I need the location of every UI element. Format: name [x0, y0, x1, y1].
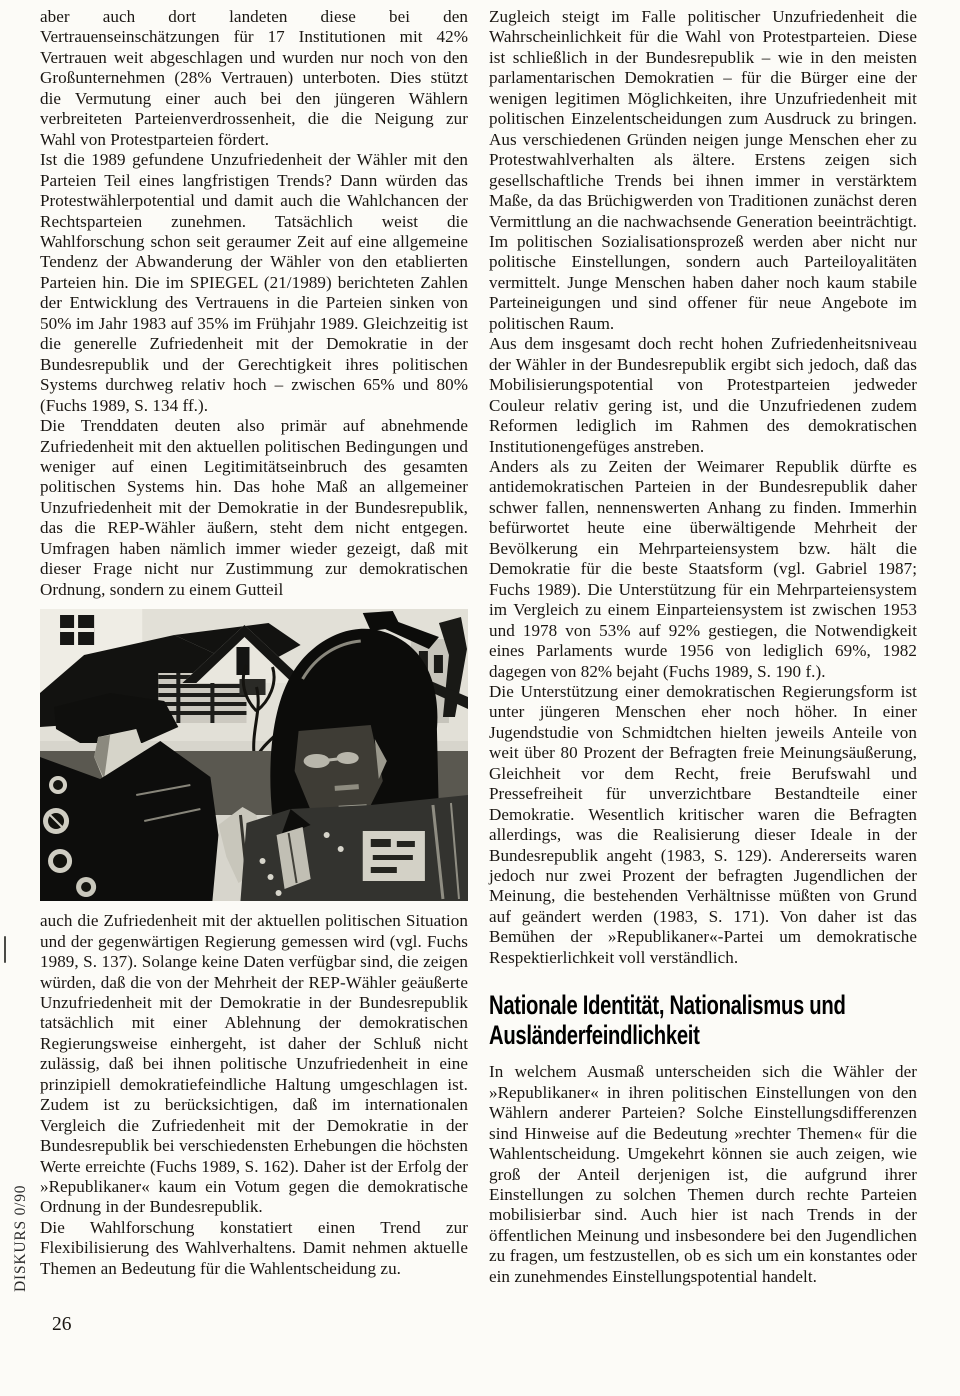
body-paragraph: Aus dem insgesamt doch recht hohen Zufri… [489, 334, 917, 457]
scanned-page: DISKURS 0/90 26 aber auch dort landeten … [0, 0, 960, 1396]
body-paragraph: Die Unterstützung einer demokratischen R… [489, 682, 917, 968]
left-column: aber auch dort landeten diese bei den Ve… [40, 7, 468, 1279]
body-paragraph: Die Wahlforschung konstatiert einen Tren… [40, 1218, 468, 1279]
right-column: Zugleich steigt im Falle politischer Unz… [489, 7, 917, 1287]
article-photo [40, 609, 468, 901]
body-paragraph: Zugleich steigt im Falle politischer Unz… [489, 7, 917, 334]
scan-artifact-line [4, 936, 6, 963]
section-heading: Nationale Identität, Nationalismus und A… [489, 990, 918, 1050]
body-paragraph: Anders als zu Zeiten der Weimarer Republ… [489, 457, 917, 682]
photo-illustration [40, 609, 468, 901]
body-paragraph: auch die Zufriedenheit mit der aktuellen… [40, 911, 468, 1218]
body-paragraph: In welchem Ausmaß unterscheiden sich die… [489, 1062, 917, 1287]
body-paragraph: Die Trenddaten deuten also primär auf ab… [40, 416, 468, 600]
page-number: 26 [52, 1314, 72, 1336]
body-paragraph: Ist die 1989 gefundene Unzufriedenheit d… [40, 150, 468, 416]
body-paragraph: aber auch dort landeten diese bei den Ve… [40, 7, 468, 150]
journal-spine-label: DISKURS 0/90 [12, 1185, 30, 1292]
